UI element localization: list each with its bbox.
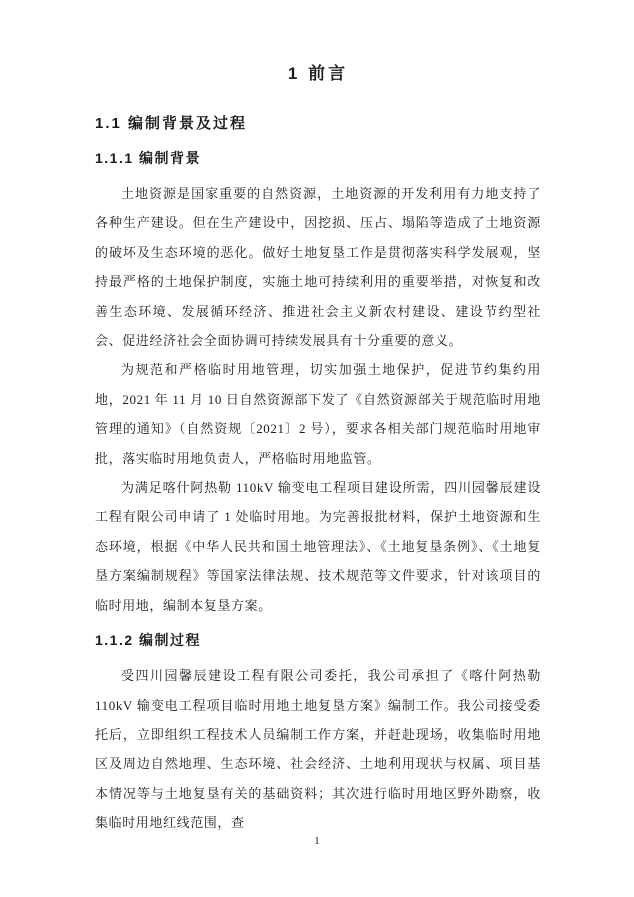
paragraph-process-1: 受四川园馨辰建设工程有限公司委托，我公司承担了《喀什阿热勒 110kV 输变电工… — [95, 661, 541, 837]
chapter-title: 1 前言 — [95, 62, 541, 86]
subsection-heading-1-1-2: 1.1.2 编制过程 — [95, 628, 541, 652]
subsection-heading-1-1-1: 1.1.1 编制背景 — [95, 146, 541, 170]
page-number: 1 — [0, 835, 634, 847]
paragraph-background-2: 为规范和严格临时用地管理，切实加强土地保护，促进节约集约用地，2021 年 11… — [95, 355, 541, 473]
paragraph-background-3: 为满足喀什阿热勒 110kV 输变电工程项目建设所需，四川园馨辰建设工程有限公司… — [95, 473, 541, 620]
section-heading-1-1: 1.1 编制背景及过程 — [95, 112, 541, 136]
paragraph-background-1: 土地资源是国家重要的自然资源，土地资源的开发利用有力地支持了各种生产建设。但在生… — [95, 179, 541, 355]
document-page: 1 前言 1.1 编制背景及过程 1.1.1 编制背景 土地资源是国家重要的自然… — [0, 0, 634, 897]
